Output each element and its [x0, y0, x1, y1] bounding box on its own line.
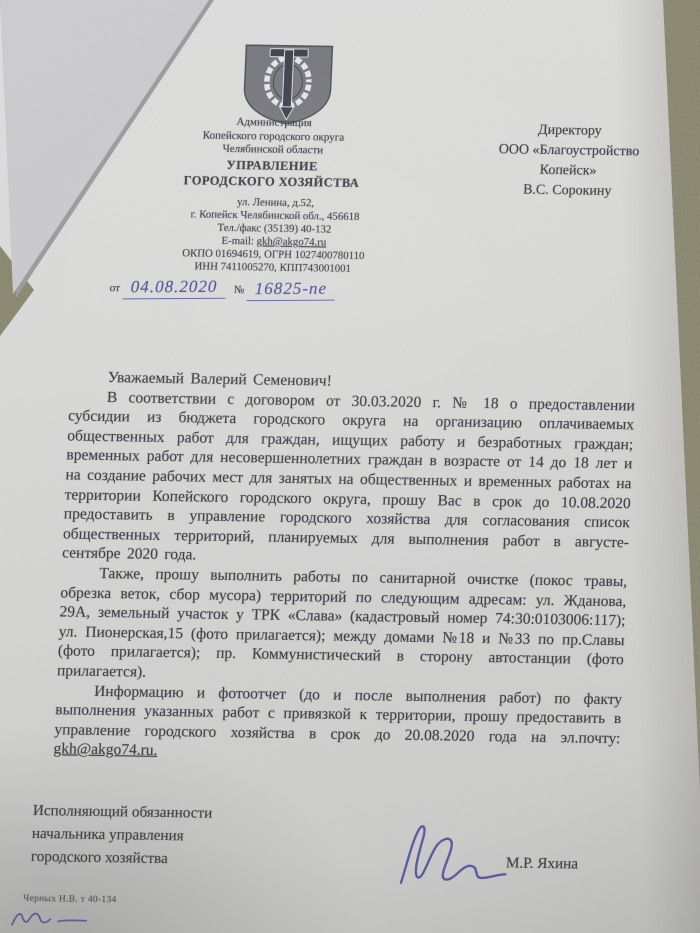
handwritten-signature — [387, 821, 515, 895]
handwritten-number: 16825-пе — [247, 279, 336, 301]
photographed-letter: Администрация Копейского городского окру… — [0, 0, 700, 933]
paragraph-3: Информацию и фотоотчет (до и после выпол… — [53, 681, 622, 768]
paragraph-1: В соответствии с договором от 30.03.2020… — [62, 387, 636, 572]
paragraph-3-text: Информацию и фотоотчет (до и после выпол… — [54, 682, 622, 746]
addressee-block: Директору ООО «Благоустройство Копейск» … — [438, 119, 699, 203]
signer-name: М.Р. Яхина — [505, 854, 578, 873]
dept-line: ГОРОДСКОГО ХОЗЯЙСТВА — [136, 172, 407, 192]
email-label: E-mail: — [221, 235, 254, 248]
organization-name: Администрация Копейского городского окру… — [148, 115, 400, 159]
department-name: УПРАВЛЕНИЕ ГОРОДСКОГО ХОЗЯЙСТВА — [136, 156, 407, 191]
email-address: gkh@akgo74.ru — [256, 235, 326, 248]
contact-block: ул. Ленина, д.52, г. Копейск Челябинской… — [122, 194, 425, 277]
number-label: № — [234, 284, 245, 296]
addressee-line: В.С. Сорокину — [438, 179, 697, 203]
signer-position: Исполняющий обязанности начальника управ… — [30, 799, 313, 872]
letter-body: Уважаемый Валерий Семенович! В соответст… — [53, 367, 636, 768]
handwritten-date: 04.08.2020 — [122, 277, 225, 300]
paragraph-2: Также, прошу выполнить работы по санитар… — [57, 563, 628, 689]
position-line: городского хозяйства — [30, 845, 311, 872]
coat-of-arms-icon — [237, 42, 339, 127]
reply-email: gkh@akgo74.ru. — [53, 741, 158, 760]
handwritten-note-fragment — [6, 909, 117, 929]
from-label: от — [109, 282, 120, 294]
letter-content: Администрация Копейского городского окру… — [0, 0, 700, 933]
reference-line: от 04.08.2020 № 16825-пе — [109, 276, 430, 303]
executor-line: Черных Н.В. т 40-134 — [23, 894, 117, 905]
